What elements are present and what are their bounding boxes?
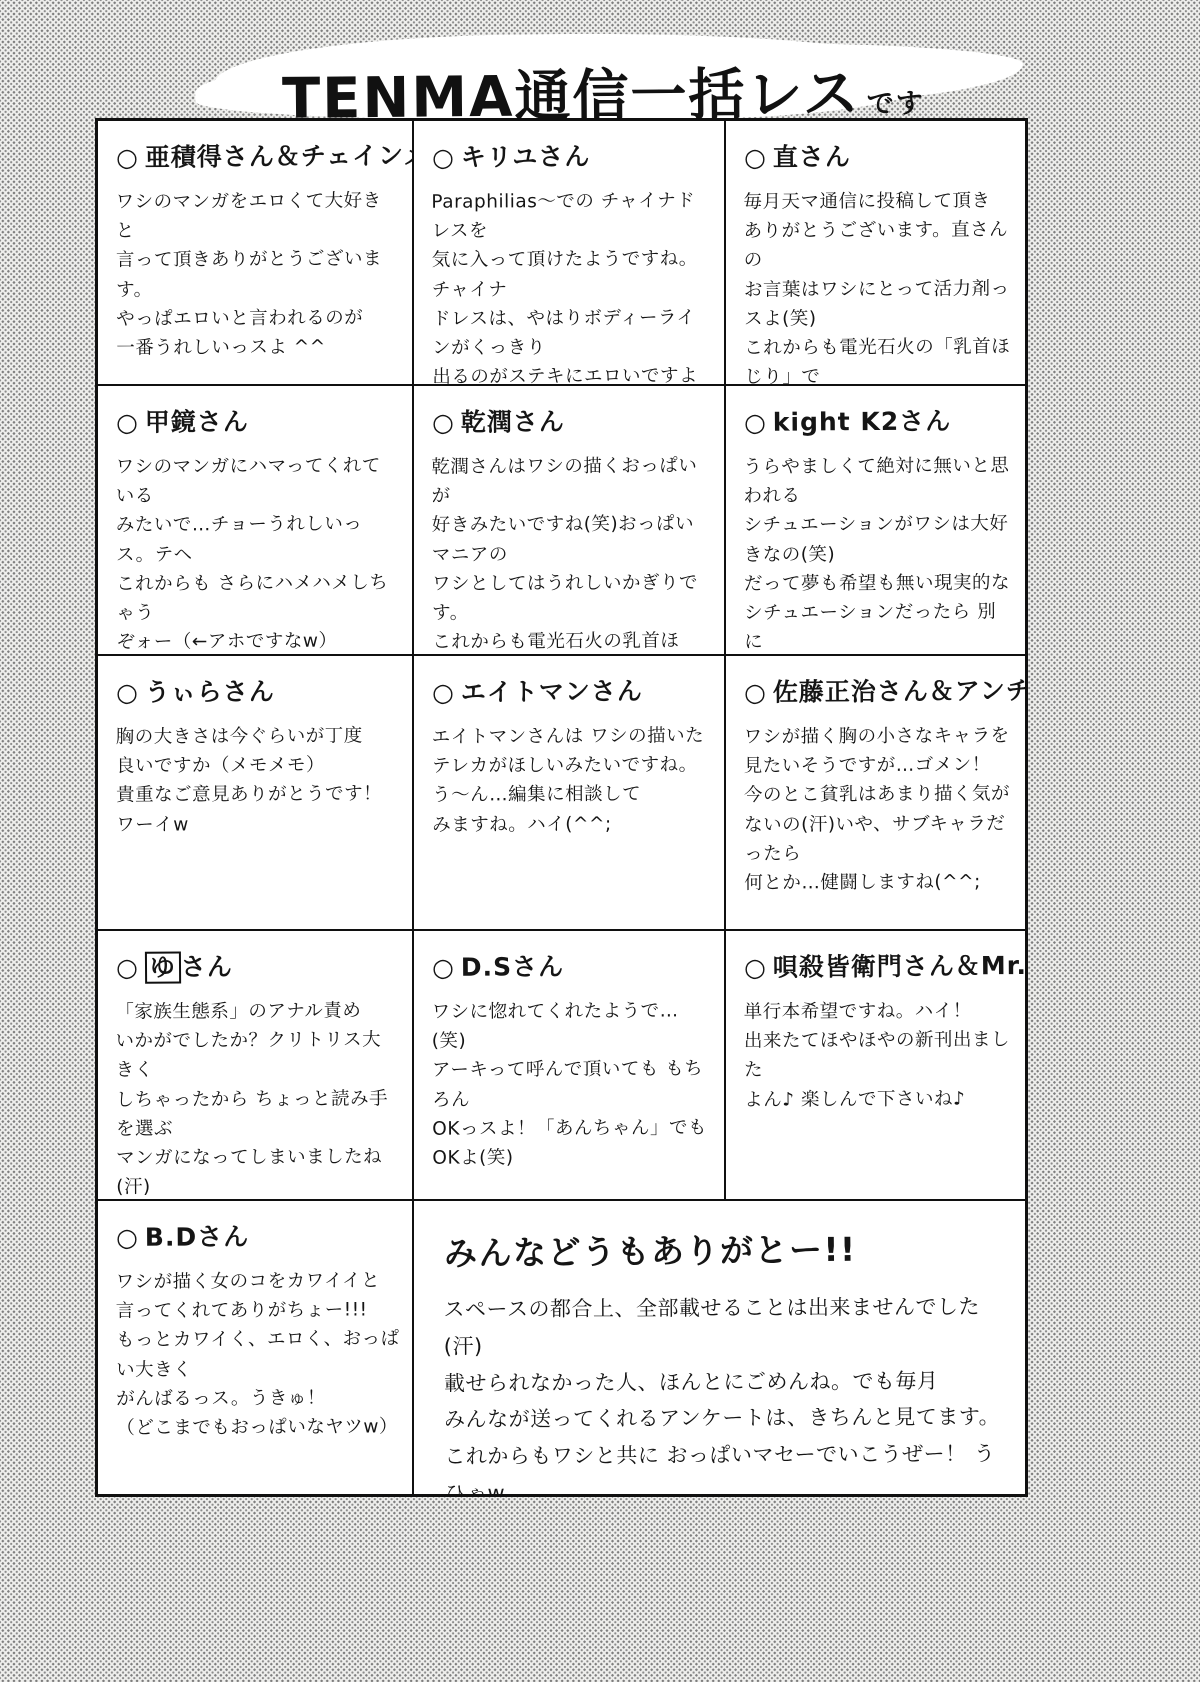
responder-name: ○亜積得さん＆チェインメイルさん [116,136,400,174]
responder-name-text: B.Dさん [145,1222,250,1252]
circle-bullet: ○ [744,953,767,982]
circle-bullet: ○ [744,678,767,707]
page-title-suffix: です [867,88,925,120]
scanned-doujinshi-page: TENMA通信一括レスです ○亜積得さん＆チェインメイルさん ワシのマンガをエロ… [0,0,1200,1682]
cell-wira: ○うぃらさん 胸の大きさは今ぐらいが丁度 良いですか（メモメモ） 貴重なご意見あ… [98,656,414,931]
responder-name: ○キリユさん [432,136,712,174]
cell-kiriyu: ○キリユさん Paraphilias〜での チャイナドレスを 気に入って頂けたよ… [414,121,726,386]
response-text: 単行本希望ですね。ハイ！ 出来たてほやほやの新刊出ました よん♪ 楽しんで下さい… [744,996,1014,1114]
responder-name: ○うぃらさん [116,671,400,709]
responder-name-text: 甲鏡さん [145,407,249,437]
footer-text: スペースの都合上、全部載せることは出来ませんでした(汗) 載せられなかった人、ほ… [443,1289,1013,1494]
response-text: ワシが描く胸の小さなキャラを 見たいそうですが…ゴメン！ 今のとこ貧乳はあまり描… [744,721,1014,898]
circle-bullet: ○ [744,143,767,172]
response-text: Paraphilias〜での チャイナドレスを 気に入って頂けたようですね。チャ… [431,186,712,386]
circle-bullet: ○ [116,143,139,172]
cell-inuijun: ○乾潤さん 乾潤さんはワシの描くおっぱいが 好きみたいですね(笑)おっぱいマニア… [414,386,726,656]
cell-kight-k2: ○kight K2さん うらやましくて絶対に無いと思われる シチュエーションがワ… [726,386,1025,656]
response-text: ワシに惚れてくれたようで…(笑) アーキって呼んで頂いても もちろん OKっスよ… [432,996,713,1173]
cell-utakoroshi-mradego: ○唄殺皆衛門さん＆Mr.アデゴさん 単行本希望ですね。ハイ！ 出来たてほやほやの… [726,931,1025,1201]
responder-name: ○乾潤さん [432,401,712,439]
cell-ds: ○D.Sさん ワシに惚れてくれたようで…(笑) アーキって呼んで頂いても もちろ… [414,931,726,1201]
cell-kokyou: ○甲鏡さん ワシのマンガにハマってくれている みたいで…チョーうれしいっス。テヘ… [98,386,414,656]
responder-name-text: エイトマンさん [461,677,643,707]
responder-name-text: 直さん [773,142,851,172]
response-text: 乾潤さんはワシの描くおっぱいが 好きみたいですね(笑)おっぱいマニアの ワシとし… [431,451,712,656]
circle-bullet: ○ [432,953,455,982]
responder-name-text: うぃらさん [145,677,275,707]
circle-bullet: ○ [116,678,139,707]
cell-bd: ○B.Dさん ワシが描く女のコをカワイイと 言ってくれてありがちょー!!! もっ… [98,1201,414,1494]
circle-bullet: ○ [432,408,455,437]
responder-name: ○エイトマンさん [432,671,712,709]
response-text: 「家族生態系」のアナル責め いかがでしたか？クリトリス大きく しちゃったから ち… [115,996,401,1201]
circle-bullet: ○ [432,143,455,172]
responder-name-boxed-char: ゆ [145,952,181,984]
cell-sato-anchovy: ○佐藤正治さん＆アンチョビさん ワシが描く胸の小さなキャラを 見たいそうですが…… [726,656,1025,931]
responder-name-text: 佐藤正治さん＆アンチョビさん [773,675,1025,707]
cell-aseki-chainmail: ○亜積得さん＆チェインメイルさん ワシのマンガをエロくて大好きと 言って頂きあり… [98,121,414,386]
circle-bullet: ○ [116,408,139,437]
footer-headline: みんなどうもありがとー!! [444,1222,1013,1275]
response-text: 胸の大きさは今ぐらいが丁度 良いですか（メモメモ） 貴重なご意見ありがとうです！… [116,721,401,839]
responder-name-text: さん [181,952,233,981]
cell-thanks-footer: みんなどうもありがとー!! スペースの都合上、全部載せることは出来ませんでした(… [414,1201,1025,1494]
cell-eightman: ○エイトマンさん エイトマンさんは ワシの描いた テレカがほしいみたいですね。 … [414,656,726,931]
response-text: エイトマンさんは ワシの描いた テレカがほしいみたいですね。 う〜ん…編集に相談… [432,721,713,839]
circle-bullet: ○ [116,1223,139,1252]
responder-name: ○唄殺皆衛門さん＆Mr.アデゴさん [744,946,1013,984]
responder-name-text: kight K2さん [773,406,952,436]
circle-bullet: ○ [116,953,139,982]
circle-bullet: ○ [432,678,455,707]
response-text: うらやましくて絶対に無いと思われる シチュエーションがワシは大好きなの(笑) だ… [743,451,1014,656]
response-text: 毎月天マ通信に投稿して頂き ありがとうございます。直さんの お言葉はワシにとって… [743,186,1013,386]
responder-name: ○ゆさん [116,946,400,984]
responder-name-text: キリユさん [461,142,591,172]
responder-name: ○kight K2さん [744,401,1013,439]
responder-name-text: D.Sさん [461,952,564,982]
responder-name-text: 唄殺皆衛門さん＆Mr.アデゴさん [773,950,1025,982]
responder-name: ○佐藤正治さん＆アンチョビさん [744,671,1013,709]
responder-name-text: 乾潤さん [461,407,565,437]
responder-name: ○甲鏡さん [116,401,400,439]
responder-name: ○B.Dさん [116,1216,400,1254]
response-text: ワシのマンガにハマってくれている みたいで…チョーうれしいっス。テヘ これからも… [115,451,400,656]
response-text: ワシが描く女のコをカワイイと 言ってくれてありがちょー!!! もっとカワイく、エ… [116,1266,401,1443]
responder-name-text: 亜積得さん＆チェインメイルさん [145,140,414,172]
cell-yu: ○ゆさん 「家族生態系」のアナル責め いかがでしたか？クリトリス大きく しちゃっ… [98,931,414,1201]
response-grid: ○亜積得さん＆チェインメイルさん ワシのマンガをエロくて大好きと 言って頂きあり… [95,118,1028,1497]
response-text: ワシのマンガをエロくて大好きと 言って頂きありがとうございます。 やっぱエロいと… [116,186,401,363]
circle-bullet: ○ [744,408,767,437]
responder-name: ○直さん [744,136,1013,174]
cell-nao: ○直さん 毎月天マ通信に投稿して頂き ありがとうございます。直さんの お言葉はワ… [726,121,1025,386]
responder-name: ○D.Sさん [432,946,712,984]
